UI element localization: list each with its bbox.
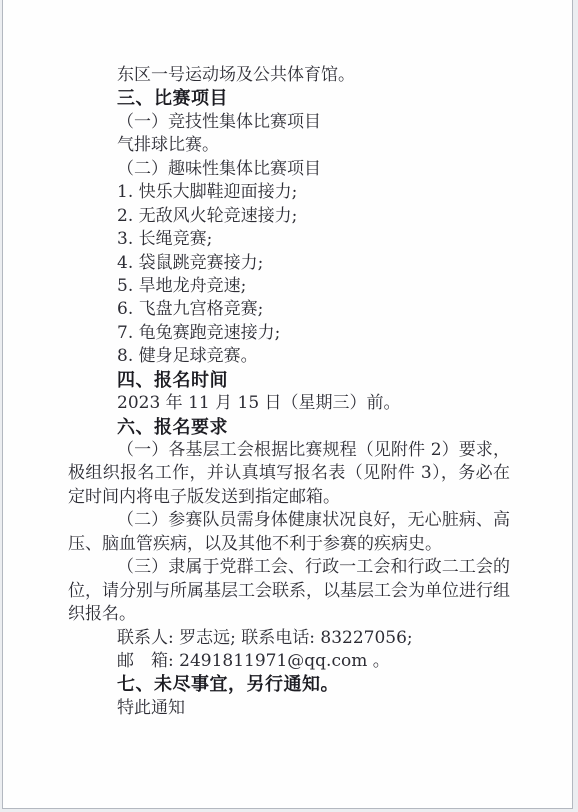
list-item-6: 6. 飞盘九宫格竞赛; [68, 298, 510, 321]
heading-registration-time: 四、报名时间 [68, 369, 510, 392]
document-viewport: { "meta": { "page_background": "#eceef1"… [0, 0, 578, 812]
para-requirement-2-line-1: （二）参赛队员需身体健康状况良好，无心脏病、高血 [68, 509, 510, 532]
para-requirement-1-line-3: 定时间内将电子版发送到指定邮箱。 [68, 486, 510, 509]
para-requirement-3-line-2: 位，请分别与所属基层工会联系，以基层工会为单位进行组 [68, 580, 510, 603]
list-item-4: 4. 袋鼠跳竞赛接力; [68, 252, 510, 275]
list-item-5: 5. 旱地龙舟竞速; [68, 275, 510, 298]
para-requirement-1-line-2: 极组织报名工作，并认真填写报名表（见附件 3），务必在规 [68, 462, 510, 485]
para-registration-date: 2023 年 11 月 15 日（星期三）前。 [68, 392, 510, 415]
para-contact-person-phone: 联系人: 罗志远; 联系电话: 83227056; [68, 627, 510, 650]
para-requirement-1-line-1: （一）各基层工会根据比赛规程（见附件 2）要求，积 [68, 439, 510, 462]
list-item-3: 3. 长绳竞赛; [68, 228, 510, 251]
heading-competition-items: 三、比赛项目 [68, 87, 510, 110]
para-requirement-3-line-1: （三）隶属于党群工会、行政一工会和行政二工会的单 [68, 556, 510, 579]
para-closing-notice: 特此通知 [68, 697, 510, 720]
heading-registration-requirements: 六、报名要求 [68, 416, 510, 439]
para-requirement-3-line-3: 织报名。 [68, 603, 510, 626]
heading-misc-notice: 七、未尽事宜，另行通知。 [68, 673, 510, 696]
para-venue: 东区一号运动场及公共体育馆。 [68, 64, 510, 87]
para-fun-items-label: （二）趣味性集体比赛项目 [68, 158, 510, 181]
list-item-2: 2. 无敌风火轮竞速接力; [68, 205, 510, 228]
list-item-8: 8. 健身足球竞赛。 [68, 345, 510, 368]
para-competitive-items-label: （一）竞技性集体比赛项目 [68, 111, 510, 134]
para-contact-email: 邮 箱: 2491811971@qq.com 。 [68, 650, 510, 673]
list-item-1: 1. 快乐大脚鞋迎面接力; [68, 181, 510, 204]
para-requirement-2-line-2: 压、脑血管疾病，以及其他不利于参赛的疾病史。 [68, 533, 510, 556]
para-air-volleyball: 气排球比赛。 [68, 134, 510, 157]
document-body: 东区一号运动场及公共体育馆。 三、比赛项目 （一）竞技性集体比赛项目 气排球比赛… [68, 64, 510, 720]
list-item-7: 7. 龟兔赛跑竞速接力; [68, 322, 510, 345]
